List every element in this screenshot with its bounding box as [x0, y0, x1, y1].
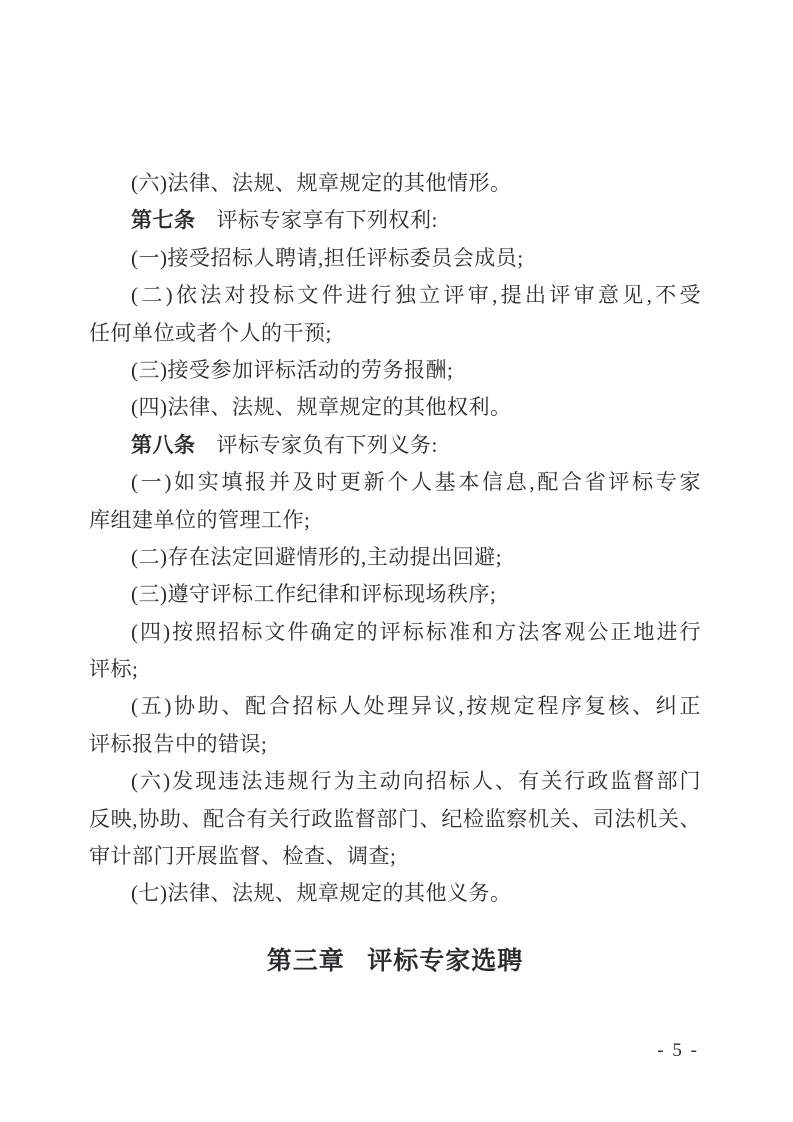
text-line: 库组建单位的管理工作;: [89, 502, 701, 539]
line-text: (一)接受招标人聘请,担任评标委员会成员;: [131, 246, 524, 270]
article-number: 第七条: [131, 208, 196, 232]
line-text: (四)法律、法规、规章规定的其他权利。: [131, 395, 512, 419]
section-heading-title: 评标专家选聘: [367, 948, 523, 975]
section-heading: 第三章评标专家选聘: [89, 943, 701, 980]
page-number: - 5 -: [657, 1040, 699, 1062]
line-text: 审计部门开展监督、检查、调查;: [89, 844, 396, 868]
text-line: (二)依法对投标文件进行独立评审,提出评审意见,不受: [89, 277, 701, 314]
text-line: (三)遵守评标工作纪律和评标现场秩序;: [89, 576, 701, 613]
line-text: (六)发现违法违规行为主动向招标人、有关行政监督部门: [131, 769, 701, 793]
text-line: (七)法律、法规、规章规定的其他义务。: [89, 875, 701, 912]
text-line: (三)接受参加评标活动的劳务报酬;: [89, 352, 701, 389]
text-line: 反映,协助、配合有关行政监督部门、纪检监察机关、司法机关、: [89, 801, 701, 838]
text-line: 第八条评标专家负有下列义务:: [89, 427, 701, 464]
text-line: (六)法律、法规、规章规定的其他情形。: [89, 165, 701, 202]
line-text: (二)存在法定回避情形的,主动提出回避;: [131, 545, 502, 569]
line-text: (三)遵守评标工作纪律和评标现场秩序;: [131, 582, 496, 606]
article-number: 第八条: [131, 433, 196, 457]
text-line: 审计部门开展监督、检查、调查;: [89, 838, 701, 875]
text-line: (一)接受招标人聘请,担任评标委员会成员;: [89, 240, 701, 277]
line-text: (二)依法对投标文件进行独立评审,提出评审意见,不受: [131, 283, 701, 307]
line-text: (六)法律、法规、规章规定的其他情形。: [131, 171, 512, 195]
line-text: (五)协助、配合招标人处理异议,按规定程序复核、纠正: [131, 694, 701, 718]
text-line: (一)如实填报并及时更新个人基本信息,配合省评标专家: [89, 464, 701, 501]
text-line: 第七条评标专家享有下列权利:: [89, 202, 701, 239]
line-text: (一)如实填报并及时更新个人基本信息,配合省评标专家: [131, 470, 701, 494]
document-page: (六)法律、法规、规章规定的其他情形。第七条评标专家享有下列权利:(一)接受招标…: [0, 0, 793, 1122]
text-line: (六)发现违法违规行为主动向招标人、有关行政监督部门: [89, 763, 701, 800]
text-line: 任何单位或者个人的干预;: [89, 315, 701, 352]
line-text: 库组建单位的管理工作;: [89, 508, 310, 532]
line-text: 评标;: [89, 657, 138, 681]
text-line: (二)存在法定回避情形的,主动提出回避;: [89, 539, 701, 576]
line-text: (三)接受参加评标活动的劳务报酬;: [131, 358, 453, 382]
section-heading-chapter: 第三章: [267, 948, 345, 975]
line-text: (七)法律、法规、规章规定的其他义务。: [131, 881, 512, 905]
line-text: 评标报告中的错误;: [89, 732, 267, 756]
text-line: 评标报告中的错误;: [89, 726, 701, 763]
text-line: (四)法律、法规、规章规定的其他权利。: [89, 389, 701, 426]
line-text: (四)按照招标文件确定的评标标准和方法客观公正地进行: [131, 620, 701, 644]
line-text: 任何单位或者个人的干预;: [89, 321, 332, 345]
line-text: 反映,协助、配合有关行政监督部门、纪检监察机关、司法机关、: [89, 807, 701, 831]
text-line: (五)协助、配合招标人处理异议,按规定程序复核、纠正: [89, 688, 701, 725]
line-text: 评标专家负有下列义务:: [217, 433, 438, 457]
line-text: 评标专家享有下列权利:: [217, 208, 438, 232]
text-line: (四)按照招标文件确定的评标标准和方法客观公正地进行: [89, 614, 701, 651]
document-body: (六)法律、法规、规章规定的其他情形。第七条评标专家享有下列权利:(一)接受招标…: [89, 165, 701, 980]
document-lines: (六)法律、法规、规章规定的其他情形。第七条评标专家享有下列权利:(一)接受招标…: [89, 165, 701, 913]
text-line: 评标;: [89, 651, 701, 688]
